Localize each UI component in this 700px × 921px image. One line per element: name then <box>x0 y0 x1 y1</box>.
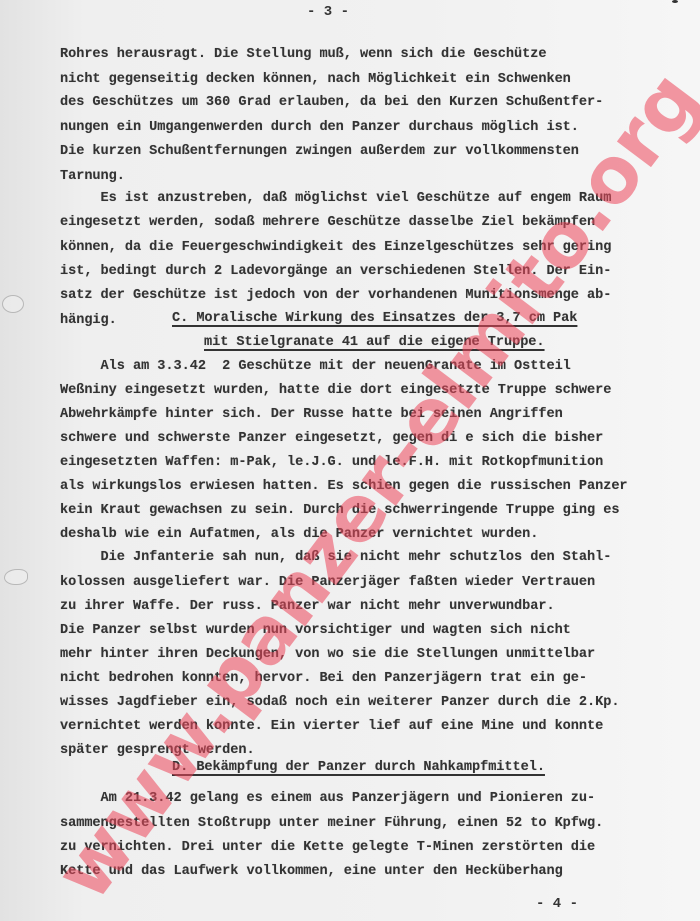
text-line: deshalb wie ein Aufatmen, als die Panzer… <box>60 528 538 542</box>
text-line: nungen ein Umgangenwerden durch den Panz… <box>60 121 579 135</box>
text-line: später gesprengt werden. <box>60 744 255 758</box>
text-line: Abwehrkämpfe hinter sich. Der Russe hatt… <box>60 408 563 422</box>
text-line: sammengestellten Stoßtrupp unter meiner … <box>60 817 603 831</box>
text-line: Die Panzer selbst wurden nun vorsichtige… <box>60 624 571 638</box>
text-line: satz der Geschütze ist jedoch von der vo… <box>60 289 611 303</box>
text-line: kolossen ausgeliefert war. Die Panzerjäg… <box>60 576 595 590</box>
text-line: kein Kraut gewachsen zu sein. Durch die … <box>60 504 619 518</box>
text-line: mehr hinter ihren Deckungen, von wo sie … <box>60 648 595 662</box>
text-line: Die kurzen Schußentfernungen zwingen auß… <box>60 145 579 159</box>
text-line: nicht bedrohen konnten, hervor. Bei den … <box>60 672 587 686</box>
text-line: schwere und schwerste Panzer eingesetzt,… <box>60 432 603 446</box>
text-line: Tarnung. <box>60 170 125 184</box>
text-line: eingesetzten Waffen: m-Pak, le.J.G. und … <box>60 456 603 470</box>
section-c-heading: C. Moralische Wirkung des Einsatzes der … <box>172 312 577 326</box>
text-line: vernichtet werden konnte. Ein vierter li… <box>60 720 603 734</box>
text-line: wisses Jagdfieber ein, sodaß noch ein we… <box>60 696 619 710</box>
text-line: zu ihrer Waffe. Der russ. Panzer war nic… <box>60 600 555 614</box>
text-line: können, da die Feuergeschwindigkeit des … <box>60 241 611 255</box>
text-line: Rohres herausragt. Die Stellung muß, wen… <box>60 48 546 62</box>
document-page: - 3 - Rohres herausragt. Die Stellung mu… <box>0 0 700 921</box>
text-line: des Geschützes um 360 Grad erlauben, da … <box>60 96 603 110</box>
text-line: zu vernichten. Drei unter die Kette gele… <box>60 841 595 855</box>
text-line: eingesetzt werden, sodaß mehrere Geschüt… <box>60 216 595 230</box>
text-line: nicht gegenseitig decken können, nach Mö… <box>60 73 571 87</box>
text-line: Die Jnfanterie sah nun, daß sie nicht me… <box>60 551 611 565</box>
section-c-heading-cont: mit Stielgranate 41 auf die eigene Trupp… <box>204 336 545 350</box>
punch-hole-mark <box>2 295 24 313</box>
page-number-top: - 3 - <box>307 4 349 20</box>
ink-speck <box>672 0 678 3</box>
section-d-heading: D. Bekämpfung der Panzer durch Nahkampfm… <box>172 761 545 775</box>
text-line: Am 21.3.42 gelang es einem aus Panzerjäg… <box>60 792 595 806</box>
text-line: ist, bedingt durch 2 Ladevorgänge an ver… <box>60 265 611 279</box>
text-line: als wirkungslos erwiesen hatten. Es schi… <box>60 480 628 494</box>
text-line: hängig. <box>60 314 117 328</box>
text-line: Kette und das Laufwerk vollkommen, eine … <box>60 865 563 879</box>
punch-hole-mark <box>4 569 28 585</box>
text-line: Als am 3.3.42 2 Geschütze mit der neuenG… <box>60 360 571 374</box>
text-line: Weßniny eingesetzt wurden, hatte die dor… <box>60 384 611 398</box>
text-line: Es ist anzustreben, daß möglichst viel G… <box>60 192 611 206</box>
page-number-bottom: - 4 - <box>536 896 578 912</box>
